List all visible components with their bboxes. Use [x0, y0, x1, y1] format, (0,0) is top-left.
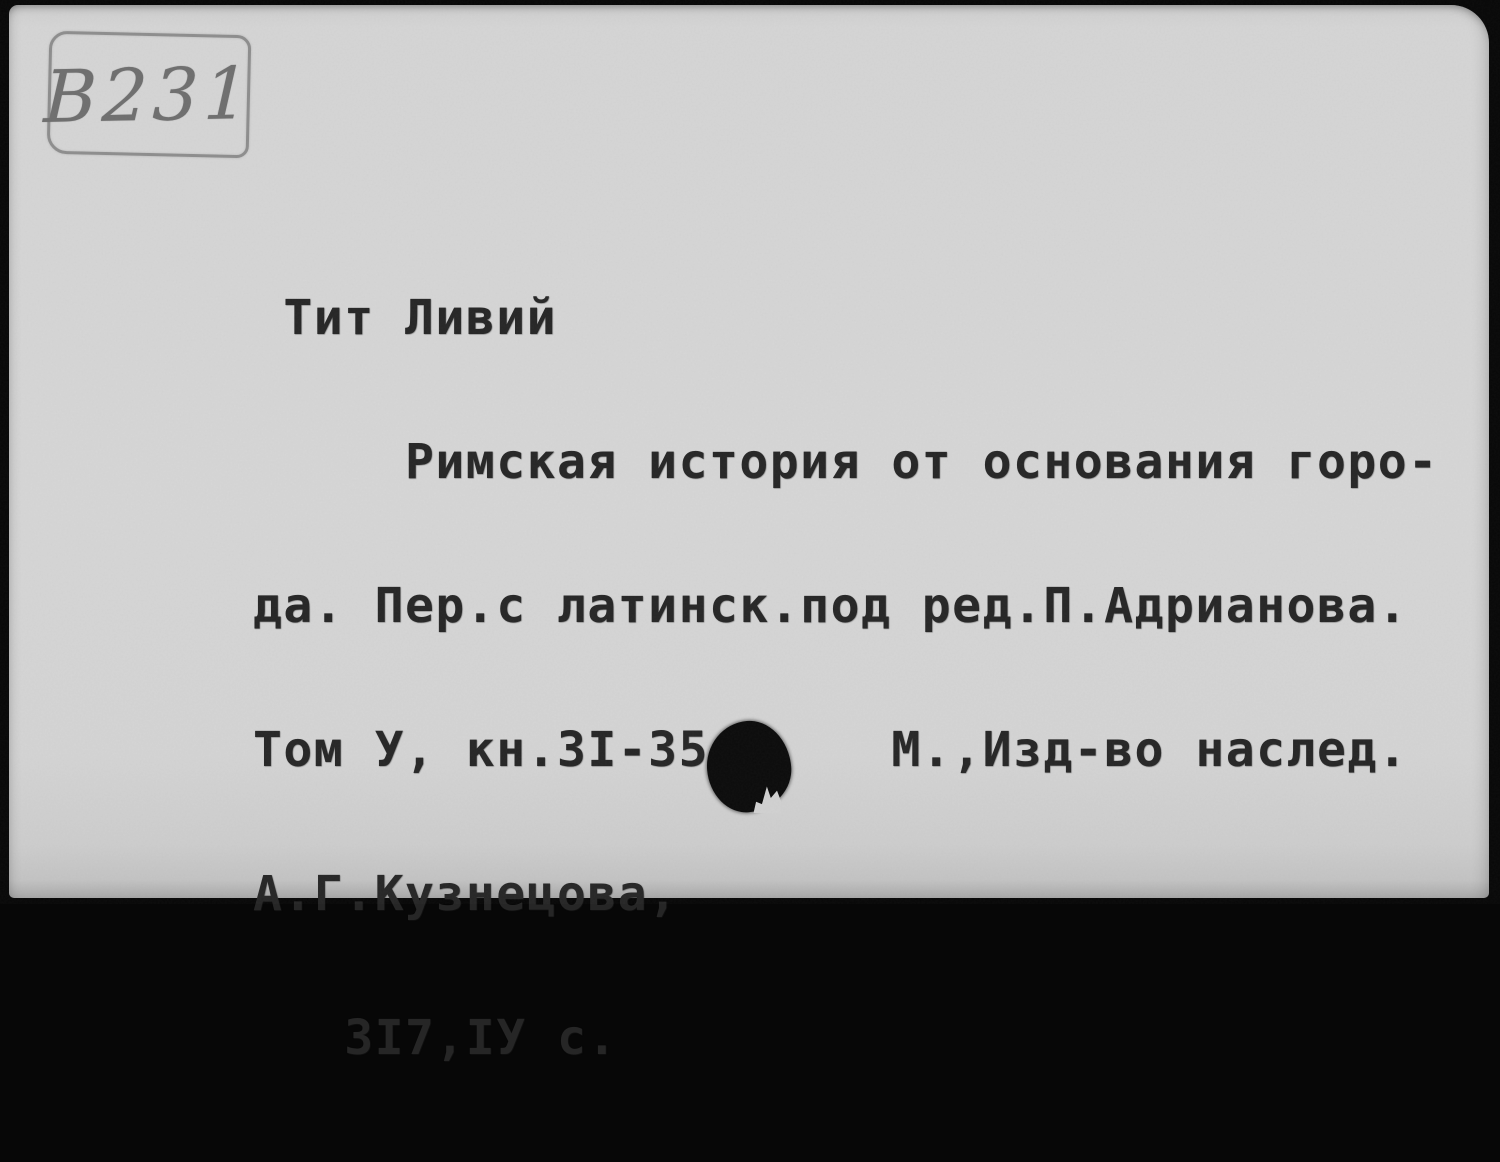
typed-line-publisher: А.Г.Кузнецова,: [253, 870, 1439, 904]
scan-frame: { "card": { "call_number": "В231", "type…: [0, 0, 1500, 904]
call-number-text: В231: [43, 56, 256, 132]
catalog-card: В231 Тит Ливий Римская история от основа…: [9, 5, 1489, 898]
typed-line-author: Тит Ливий: [253, 294, 1439, 342]
typed-text-block: Тит Ливий Римская история от основания г…: [253, 198, 1439, 904]
typed-line-title: Римская история от основания горо-: [253, 438, 1439, 486]
call-number-label: В231: [47, 31, 252, 159]
typed-line-editor: да. Пер.с латинск.под ред.П.Адрианова.: [253, 582, 1439, 630]
hole-punch-notch: [754, 786, 782, 814]
typed-line-volume: Том У, кн.3I-35. М.,Изд-во наслед.: [253, 726, 1439, 774]
